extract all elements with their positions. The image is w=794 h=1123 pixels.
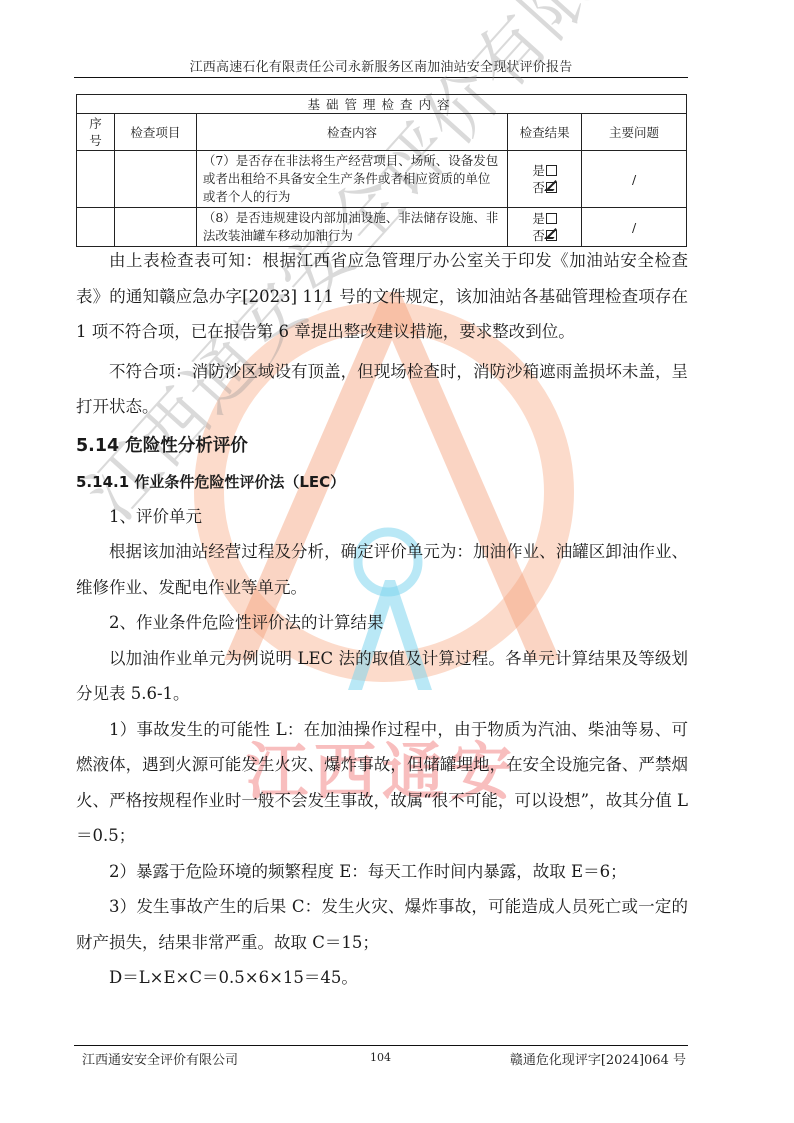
checkbox-unchecked-icon — [546, 165, 557, 176]
row-content: （8）是否违规建设内部加油设施、非法储存设施、非法改装油罐车移动加油行为 — [196, 208, 507, 247]
footer-page-number: 104 — [370, 1051, 391, 1064]
row-item — [114, 151, 196, 208]
page-header-title: 江西高速石化有限责任公司永新服务区南加油站安全现状评价报告 — [74, 56, 688, 75]
row-no — [77, 151, 115, 208]
row-issue: / — [582, 151, 687, 208]
document-body: 由上表检查表可知：根据江西省应急管理厅办公室关于印发《加油站安全检查表》的通知赣… — [76, 243, 688, 996]
row-result: 是 否 — [508, 151, 582, 208]
paragraph-likelihood-l: 1）事故发生的可能性 L：在加油操作过程中，由于物质为汽油、柴油等易、可燃液体，… — [76, 712, 688, 854]
row-content: （7）是否存在非法将生产经营项目、场所、设备发包或者出租给不具备安全生产条件或者… — [196, 151, 507, 208]
footer-company: 江西通安安全评价有限公司 — [82, 1049, 238, 1068]
paragraph-evaluation-units: 根据该加油站经营过程及分析，确定评价单元为：加油作业、油罐区卸油作业、维修作业、… — [76, 534, 688, 605]
result-yes-label: 是 — [532, 211, 545, 226]
paragraph-consequence-c: 3）发生事故产生的后果 C：发生火灾、爆炸事故，可能造成人员死亡或一定的财产损失… — [76, 889, 688, 960]
col-header-issue: 主要问题 — [582, 114, 687, 151]
result-no-label: 否 — [532, 228, 545, 243]
footer-doc-number: 赣通危化现评字[2024]064 号 — [510, 1049, 686, 1068]
checkbox-checked-icon — [546, 182, 557, 193]
footer-rule — [74, 1045, 688, 1046]
col-header-content: 检查内容 — [196, 114, 507, 151]
paragraph-nonconformity: 不符合项：消防沙区域设有顶盖，但现场检查时，消防沙箱遮雨盖损坏未盖，呈打开状态。 — [76, 354, 688, 425]
header-rule — [74, 77, 688, 78]
table-title: 基础管理检查内容 — [77, 95, 687, 114]
result-no-label: 否 — [532, 180, 545, 195]
paragraph-exposure-e: 2）暴露于危险环境的频繁程度 E：每天工作时间内暴露，故取 E＝6； — [76, 854, 688, 890]
section-heading-5-14: 5.14 危险性分析评价 — [76, 427, 688, 465]
row-no — [77, 208, 115, 247]
paragraph-checklist-conclusion: 由上表检查表可知：根据江西省应急管理厅办公室关于印发《加油站安全检查表》的通知赣… — [76, 243, 688, 350]
row-result: 是 否 — [508, 208, 582, 247]
col-header-result: 检查结果 — [508, 114, 582, 151]
section-heading-5-14-1: 5.14.1 作业条件危险性评价法（LEC） — [76, 465, 688, 499]
row-issue: / — [582, 208, 687, 247]
table-row: （7）是否存在非法将生产经营项目、场所、设备发包或者出租给不具备安全生产条件或者… — [77, 151, 687, 208]
subheading-calc-result: 2、作业条件危险性评价法的计算结果 — [76, 605, 688, 641]
row-item — [114, 208, 196, 247]
paragraph-lec-example: 以加油作业单元为例说明 LEC 法的取值及计算过程。各单元计算结果及等级划分见表… — [76, 641, 688, 712]
checkbox-checked-icon — [546, 230, 557, 241]
checkbox-unchecked-icon — [546, 213, 557, 224]
col-header-item: 检查项目 — [114, 114, 196, 151]
table-row: （8）是否违规建设内部加油设施、非法储存设施、非法改装油罐车移动加油行为 是 否… — [77, 208, 687, 247]
paragraph-d-formula: D＝L×E×C＝0.5×6×15＝45。 — [76, 960, 688, 996]
col-header-no: 序号 — [77, 114, 115, 151]
basic-management-checklist-table: 基础管理检查内容 序号 检查项目 检查内容 检查结果 主要问题 （7）是否存在非… — [76, 94, 687, 247]
result-yes-label: 是 — [532, 163, 545, 178]
subheading-evaluation-unit: 1、评价单元 — [76, 499, 688, 535]
